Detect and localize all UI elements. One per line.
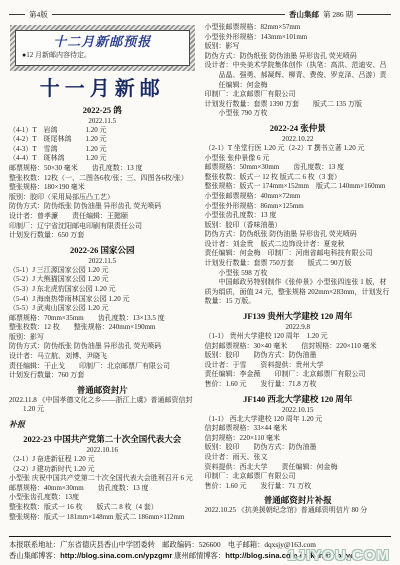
text-line: 计划发行数量：760 万套 [9,371,196,381]
masthead: 第4版 香山集邮 第 286 期 [9,8,391,20]
left-column-text: 2022-25 鸽2022.11.5（4-1）T 岩鸽 1.20 元（4-2）T… [9,105,196,523]
text-line: 设计者：马立航、刘博、尹晓飞 [9,352,196,362]
issue-date: 2022.10.16 [9,445,196,455]
text-line: （5-1）J 三江源国家公园 1.20 元 [9,266,196,276]
right-column-text: 小型张邮票规格：82mm×57mm小型张外形规格：143mm×101mm版别：影… [205,23,392,516]
text-line: 整张规格：180×190 毫米 [9,183,196,193]
page-number-label: 第4版 [29,9,48,20]
page-title: 十一月新邮 [9,77,196,101]
text-line: 邮票规格：40mm×30mm 齿孔度数：13 度 [9,484,196,494]
text-line: 整张规格：版式一 174mm×152mm 版式二 140mm×160mm [205,182,392,192]
text-line: 版别：胶印（香味油墨） [205,221,392,231]
text-line: 计划发行数量：套票 750万套 版式二 90万版 [205,259,392,269]
left-column: 十二月新邮预报 ●12 月新邮内容待定。 十一月新邮 2022-25 鸽2022… [9,23,196,533]
december-preview-box-inner: 十二月新邮预报 ●12 月新邮内容待定。 [15,30,190,66]
text-line: （2-2）J 建功新时代 1.20 元 [9,465,196,475]
section-heading: 2022-23 中国共产党第二十次全国代表大会 [9,434,196,445]
text-line: （2-1）T 坐堂行医 1.20 元（2-2）T 撰书立著 1.20 元 [205,144,392,154]
text-line: 邮票规格：50×30 毫米 齿孔度数：13 度 [9,164,196,174]
text-line: 整张规格：版式一 181mm×148mm 版式二 186mm×112mm [9,513,196,523]
issue-date: 2022.10.15 [205,405,392,415]
paper-name: 香山集邮 [289,9,319,20]
text-line: 邮票规格：50mm×30mm 齿孔度数：13 度 [205,163,392,173]
december-preview-box: 十二月新邮预报 ●12 月新邮内容待定。 [10,25,195,71]
text-paragraph: 中国邮政另特别制作《张仲景》小型张四连张 1 版，材质为绢质，面值 24 元，整… [205,278,392,307]
issue-date: 2022.10.22 [205,134,392,144]
text-line: 设计者：于雪 资料提供：贵州大学 [205,361,392,371]
text-line: （5-2）J 大熊猫国家公园 1.20 元 [9,275,196,285]
text-line: 责任编辑：何金梅 印制厂：河南省邮电科技有限公司 [205,249,392,259]
issue-date: 2022.11.5 [9,256,196,266]
text-line: 整张枚数：12 枚 整张规格：240mm×190mm [9,323,196,333]
blog1-url: http://blog.sina.com.cn/ypzgmr [60,551,172,560]
text-line: 防伪方式：防伪纸张 防伪油墨 异形齿孔 荧光喷码 [205,52,392,62]
text-line: （1-1） 西北大学建校 120 周年 1.20 元 [205,415,392,425]
text-line: （5-3）J 东北虎豹国家公园 1.20 元 [9,285,196,295]
text-line: 小型张 790 万枚 [205,109,392,119]
content-columns: 十二月新邮预报 ●12 月新邮内容待定。 十一月新邮 2022-25 鸽2022… [9,23,391,533]
preview-box-title: 十二月新邮预报 [22,34,183,50]
watermark: 1JIYOU.COM [287,547,390,564]
text-line: 信封邮票规格：30×40 毫米 信封规格：220×110 毫米 [205,342,392,352]
text-line: 小型张外形规格：86mm×125mm [205,202,392,212]
text-line: 印制厂：北京邮票厂有限公司 [205,90,392,100]
issue-date: 2022.11.5 [9,116,196,126]
text-line: 整张枚数：12枚（一、二图各6枚/张；三、四图各6枚/张） [9,174,196,184]
blog1-label: 香山集邮博客： [9,551,60,560]
text-line: 信封规格：220×110 毫米 [205,434,392,444]
right-column: 小型张邮票规格：82mm×57mm小型张外形规格：143mm×101mm版别：影… [205,23,392,533]
text-line: 售价：1.60 元 发行量：71 万枚 [205,482,392,492]
text-line: （2-1）J 奋进新征程 1.20 元 [9,455,196,465]
text-line: 整张枚数：版式一 16 枚 版式二 8 枚（4 套） [9,503,196,513]
text-line: 设计者：中央美术学院集体创作（执笔：高洪、范迪安、吕品晶、强勇、郝凝辉、柳青、费… [205,61,392,90]
text-line: 信封邮票规格：33×44 毫米 [205,424,392,434]
masthead-rule [52,14,285,15]
text-line: （5-5）J 武夷山国家公园 1.20 元 [9,304,196,314]
text-line: 小型张齿孔度数：13度 [9,493,196,503]
text-line: 责任编辑：干止戈 印制厂：北京邮票厂有限公司 [9,362,196,372]
text-line: 2022.11.8 《中国孝德文化之乡——浙江上虞》普通邮资信封 1.20 元 [9,396,196,415]
section-heading: 2022-24 张仲景 [205,123,392,134]
masthead-rule [357,14,391,15]
text-line: 责任编辑：李金薇 印制厂：北京邮票厂有限公司 [205,370,392,380]
masthead-rule [9,14,25,15]
text-line: 防伪方式：防伪纸张 防伪油墨 异形齿孔 荧光喷码 [9,202,196,212]
text-line: 防伪方式：防伪纸张 防伪油墨 异形齿孔 荧光喷码 [9,342,196,352]
text-line: 版别：影写 [205,42,392,52]
section-heading: JF139 贵州大学建校 120 周年 [205,311,392,322]
section-heading: 普通邮资封片 [9,385,196,396]
text-line: 版别：胶印（采用局部压凸工艺） [9,193,196,203]
text-line: 印制厂：辽宁省沈阳邮电印刷有限责任公司 [9,222,196,232]
text-line: 设计者：曾孝濂 责任编辑：王懿颐 [9,212,196,222]
blog2-label: 康州邮情博客： [172,551,225,560]
text-line: 小型张外形规格：143mm×101mm [205,33,392,43]
text-line: 版别：胶印 防伪方式：防伪油墨 [205,351,392,361]
text-line: 防伪方式：防伪纸张 防伪油墨 异形齿孔 荧光喷码 [205,230,392,240]
text-line: （5-4）J 海南热带雨林国家公园 1.20 元 [9,295,196,305]
text-line: 小型张 张仲景像 6 元 [205,154,392,164]
text-line: （4-4）T 斑林鸽 1.20 元 [9,154,196,164]
subsection-heading: 补报 [9,420,196,430]
text-line: 计划发行数量：650 万套 [9,231,196,241]
section-heading: 2022-25 鸽 [9,105,196,116]
text-line: 印制厂：北京邮票厂有限公司 [205,472,392,482]
section-heading: JF140 西北大学建校 120 周年 [205,394,392,405]
text-line: 售价：1.60 元 发行量：71.8 万枚 [205,380,392,390]
text-line: （4-1）T 岩鸽 1.20 元 [9,126,196,136]
text-line: 整张枚数：版式一 12 枚 版式二 6 枚（3 套） [205,173,392,183]
text-line: （1-1） 贵州大学建校 120 周年 1.20 元 [205,332,392,342]
section-heading: 2022-26 国家公园 [9,245,196,256]
text-line: 资料提供：西北大学 责任编辑：何金梅 [205,463,392,473]
text-line: 小型张邮票规格：40mm×72mm [205,192,392,202]
text-line: 版别：胶印 防伪方式：防伪油墨 [205,443,392,453]
issue-date: 2022.9.8 [205,322,392,332]
text-line: （4-2）T 斑尾林鸽 1.20 元 [9,135,196,145]
text-line: 小型张齿孔度数：13 度 [205,211,392,221]
text-line: 小型张 598 万枚 [205,269,392,279]
text-line: 计划发行数量：套票 1390 万套 版式二 135 万版 [205,100,392,110]
text-line: 小型张 庆祝中国共产党第二十次全国代表大会胜利召开 6 元 [9,474,196,484]
section-heading: 普通邮资封片补报 [205,495,392,506]
text-line: 小型张邮票规格：82mm×57mm [205,23,392,33]
text-line: 2022.10.25 《抗美援朝纪念馆》普通邮资明信片 80 分 [205,506,392,516]
text-line: 设计者：雨天、张文 [205,453,392,463]
issue-number: 第 286 期 [323,9,353,20]
newsletter-page: 第4版 香山集邮 第 286 期 十二月新邮预报 ●12 月新邮内容待定。 十一… [0,0,400,565]
preview-box-note: ●12 月新邮内容待定。 [22,51,183,61]
text-line: （4-3）T 雪鸽 1.20 元 [9,145,196,155]
text-line: 邮票规格：70mm×35mm 齿孔度数：13×13.5 度 [9,314,196,324]
